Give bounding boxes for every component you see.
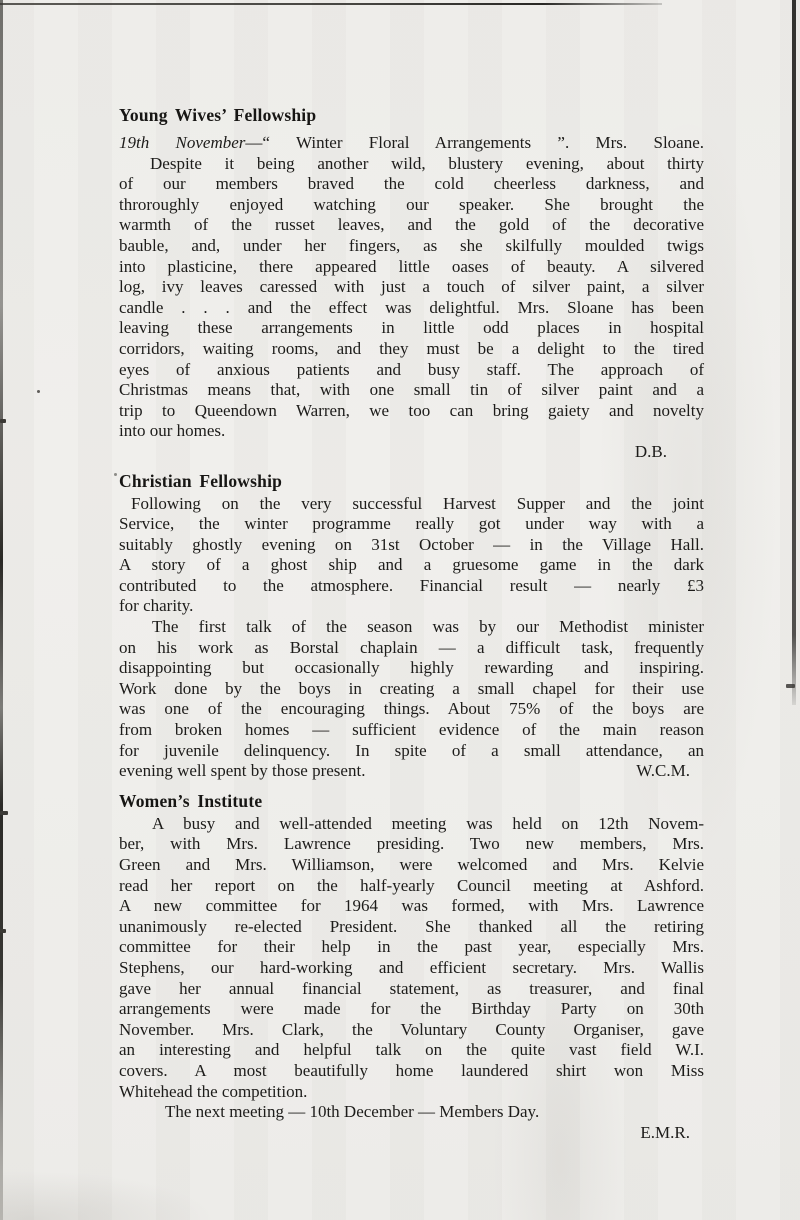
text-line: bauble, and, under her fingers, as she s… <box>119 236 704 257</box>
text-line: trip to Queendown Warren, we too can bri… <box>119 401 704 422</box>
text-line: suitably ghostly evening on 31st October… <box>119 535 704 556</box>
text-line: an interesting and helpful talk on the q… <box>119 1040 704 1061</box>
heading-young-wives-fellowship: Young Wives’ Fellowship <box>119 104 704 126</box>
text-line: Christmas means that, with one small tin… <box>119 380 704 401</box>
text-line: warmth of the russet leaves, and the gol… <box>119 215 704 236</box>
text-line-text: evening well spent by those present. <box>119 761 365 782</box>
text-line: Green and Mrs. Williamson, were welcomed… <box>119 855 704 876</box>
text-line: disappointing but occasionally highly re… <box>119 658 704 679</box>
text-line: unanimously re-elected President. She th… <box>119 917 704 938</box>
text-line: candle . . . and the effect was delightf… <box>119 298 704 319</box>
meeting-intro-line: 19th November—“ Winter Floral Arrangemen… <box>119 133 704 154</box>
scan-edge-right <box>792 0 796 705</box>
paragraph-young-wives: Despite it being another wild, blustery … <box>119 154 704 442</box>
text-line: Service, the winter programme really got… <box>119 514 704 535</box>
paragraph-christian-2: The first talk of the season was by our … <box>119 617 704 782</box>
text-line: from broken homes — sufficient evidence … <box>119 720 704 741</box>
text-line: throroughly enjoyed watching our speaker… <box>119 195 704 216</box>
section-christian-fellowship: Christian Fellowship Following on the ve… <box>119 470 704 782</box>
section-womens-institute: Women’s Institute A busy and well-attend… <box>119 790 704 1144</box>
text-line: into our homes. <box>119 421 704 442</box>
signature-emr: E.M.R. <box>119 1123 704 1144</box>
text-line: into plasticine, there appeared little o… <box>119 257 704 278</box>
text-line: ber, with Mrs. Lawrence presiding. Two n… <box>119 834 704 855</box>
scan-speck <box>114 473 117 476</box>
text-line: Work done by the boys in creating a smal… <box>119 679 704 700</box>
text-line: of our members braved the cold cheerless… <box>119 174 704 195</box>
text-line: eyes of anxious patients and busy staff.… <box>119 360 704 381</box>
text-line: Stephens, our hard-working and efficient… <box>119 958 704 979</box>
meeting-date: 19th November <box>119 133 245 152</box>
meeting-topic: —“ Winter Floral Arrangements ”. Mrs. Sl… <box>245 133 704 152</box>
section-young-wives-fellowship: Young Wives’ Fellowship 19th November—“ … <box>119 104 704 463</box>
text-line: corridors, waiting rooms, and they must … <box>119 339 704 360</box>
text-line: The next meeting — 10th December — Membe… <box>119 1102 704 1123</box>
text-line: covers. A most beautifully home laundere… <box>119 1061 704 1082</box>
text-line: The first talk of the season was by our … <box>119 617 704 638</box>
text-line: A busy and well-attended meeting was hel… <box>119 814 704 835</box>
text-line: Despite it being another wild, blustery … <box>119 154 704 175</box>
text-line: for charity. <box>119 596 704 617</box>
heading-christian-fellowship: Christian Fellowship <box>119 470 704 492</box>
scan-edge-left <box>0 0 3 1220</box>
heading-womens-institute: Women’s Institute <box>119 790 704 812</box>
paragraph-christian-1: Following on the very successful Harvest… <box>119 494 704 618</box>
paragraph-womens-institute: A busy and well-attended meeting was hel… <box>119 814 704 1102</box>
scan-speck <box>37 390 40 393</box>
text-line: committee for their help in the past yea… <box>119 937 704 958</box>
text-line: read her report on the half-yearly Counc… <box>119 876 704 897</box>
page-content: Young Wives’ Fellowship 19th November—“ … <box>119 104 704 1143</box>
text-line: A new committee for 1964 was formed, wit… <box>119 896 704 917</box>
text-line: evening well spent by those present.W.C.… <box>119 761 704 782</box>
text-line: log, ivy leaves caressed with just a tou… <box>119 277 704 298</box>
text-line: contributed to the atmosphere. Financial… <box>119 576 704 597</box>
scan-speck <box>0 929 6 933</box>
scan-speck <box>786 684 795 688</box>
text-line: arrangements were made for the Birthday … <box>119 999 704 1020</box>
text-line: on his work as Borstal chaplain — a diff… <box>119 638 704 659</box>
signature-db: D.B. <box>119 442 704 463</box>
text-line: gave her annual financial statement, as … <box>119 979 704 1000</box>
text-line: for juvenile delinquency. In spite of a … <box>119 741 704 762</box>
paragraph-next-meeting: The next meeting — 10th December — Membe… <box>119 1102 704 1123</box>
text-line: Whitehead the competition. <box>119 1082 704 1103</box>
scan-speck <box>0 811 8 815</box>
scan-speck <box>0 419 6 423</box>
scan-edge-top <box>0 3 662 5</box>
text-line: Following on the very successful Harvest… <box>119 494 704 515</box>
signature-inline: W.C.M. <box>636 761 704 782</box>
text-line: A story of a ghost ship and a gruesome g… <box>119 555 704 576</box>
scanned-page: Young Wives’ Fellowship 19th November—“ … <box>0 0 800 1220</box>
text-line: November. Mrs. Clark, the Voluntary Coun… <box>119 1020 704 1041</box>
text-line: leaving these arrangements in little odd… <box>119 318 704 339</box>
text-line: was one of the encouraging things. About… <box>119 699 704 720</box>
